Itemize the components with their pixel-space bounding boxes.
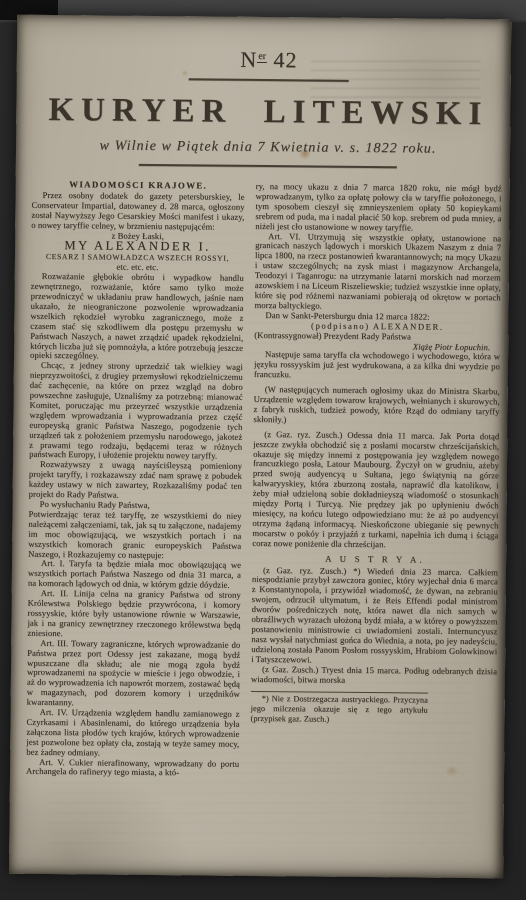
ink-showthrough [49,232,475,852]
article-continuation: ry, na mocy ukazu z dnia 7 marca 1820 ro… [255,182,501,234]
masthead-dateline: w Wilnie w Piątek dnia 7 Kwietnia v. s. … [32,138,504,159]
paragraph: Przez osobny dodatek do gazety petersbur… [31,191,244,233]
newspaper-title: KURYER LITEWSKI [32,91,504,134]
issue-number: Ner 42 [33,45,505,76]
masthead: Ner 42 KURYER LITEWSKI w Wilnie w Piątek… [32,45,505,170]
issue-superscript: er [257,51,267,63]
newspaper-page: Ner 42 KURYER LITEWSKI w Wilnie w Piątek… [9,15,511,879]
masthead-rule-top [189,78,349,82]
masthead-rule-bottom [139,164,397,168]
